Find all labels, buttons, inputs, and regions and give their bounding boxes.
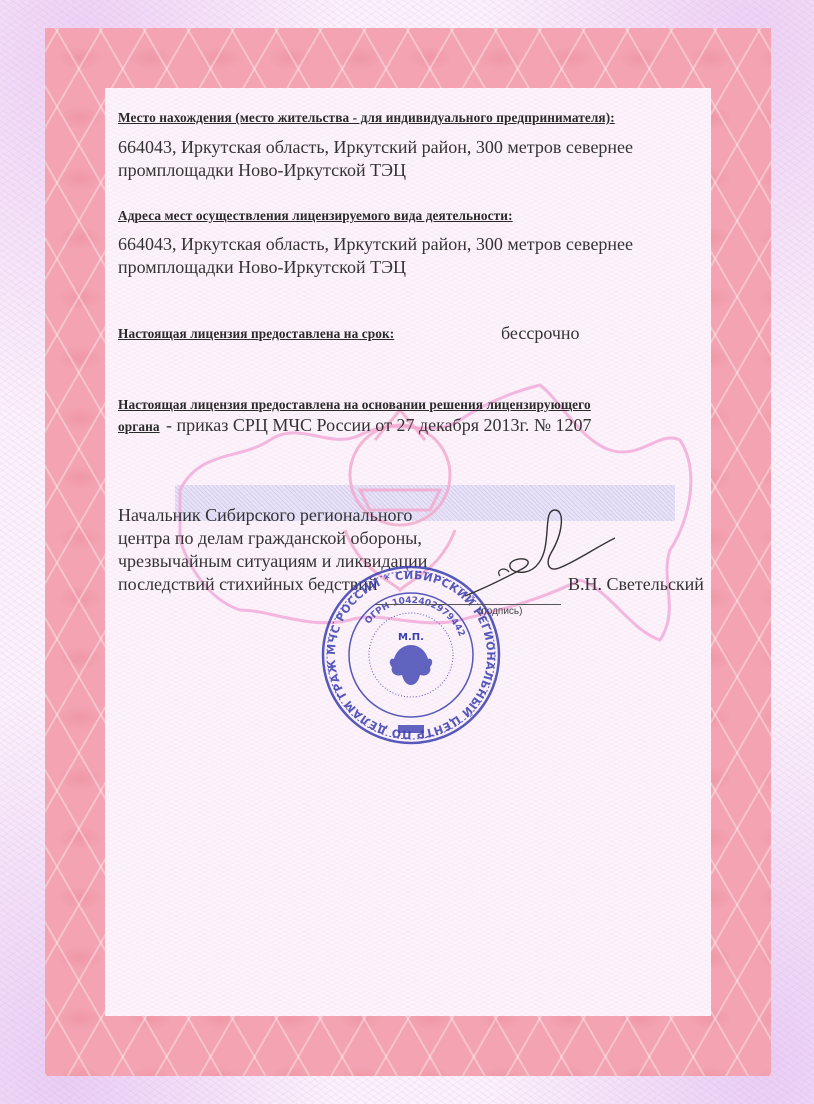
activity-address-line-2: промплощадки Ново-Иркутской ТЭЦ [118,256,406,278]
basis-label-line-1: Настоящая лицензия предоставлена на осно… [118,397,591,413]
activity-address-line-1: 664043, Иркутская область, Иркутский рай… [118,233,633,255]
location-line-1: 664043, Иркутская область, Иркутский рай… [118,136,633,158]
signature-line [375,604,561,605]
basis-label-line-2: органа [118,419,160,435]
location-label: Место нахождения (место жительства - для… [118,110,615,126]
signature-caption: (подпись) [478,606,522,617]
stamp-mark: М.П. [398,632,424,643]
term-label: Настоящая лицензия предоставлена на срок… [118,326,394,342]
activity-address-label: Адреса мест осуществления лицензируемого… [118,208,513,224]
basis-value: - приказ СРЦ МЧС России от 27 декабря 20… [166,414,592,436]
term-value: бессрочно [501,322,580,344]
signatory-title-line-2: центра по делам гражданской обороны, [118,527,422,549]
signature-icon [465,508,615,603]
location-line-2: промплощадки Ново-Иркутской ТЭЦ [118,159,406,181]
eagle-emblem-icon [390,645,432,685]
signatory-title-line-1: Начальник Сибирского регионального [118,504,412,526]
